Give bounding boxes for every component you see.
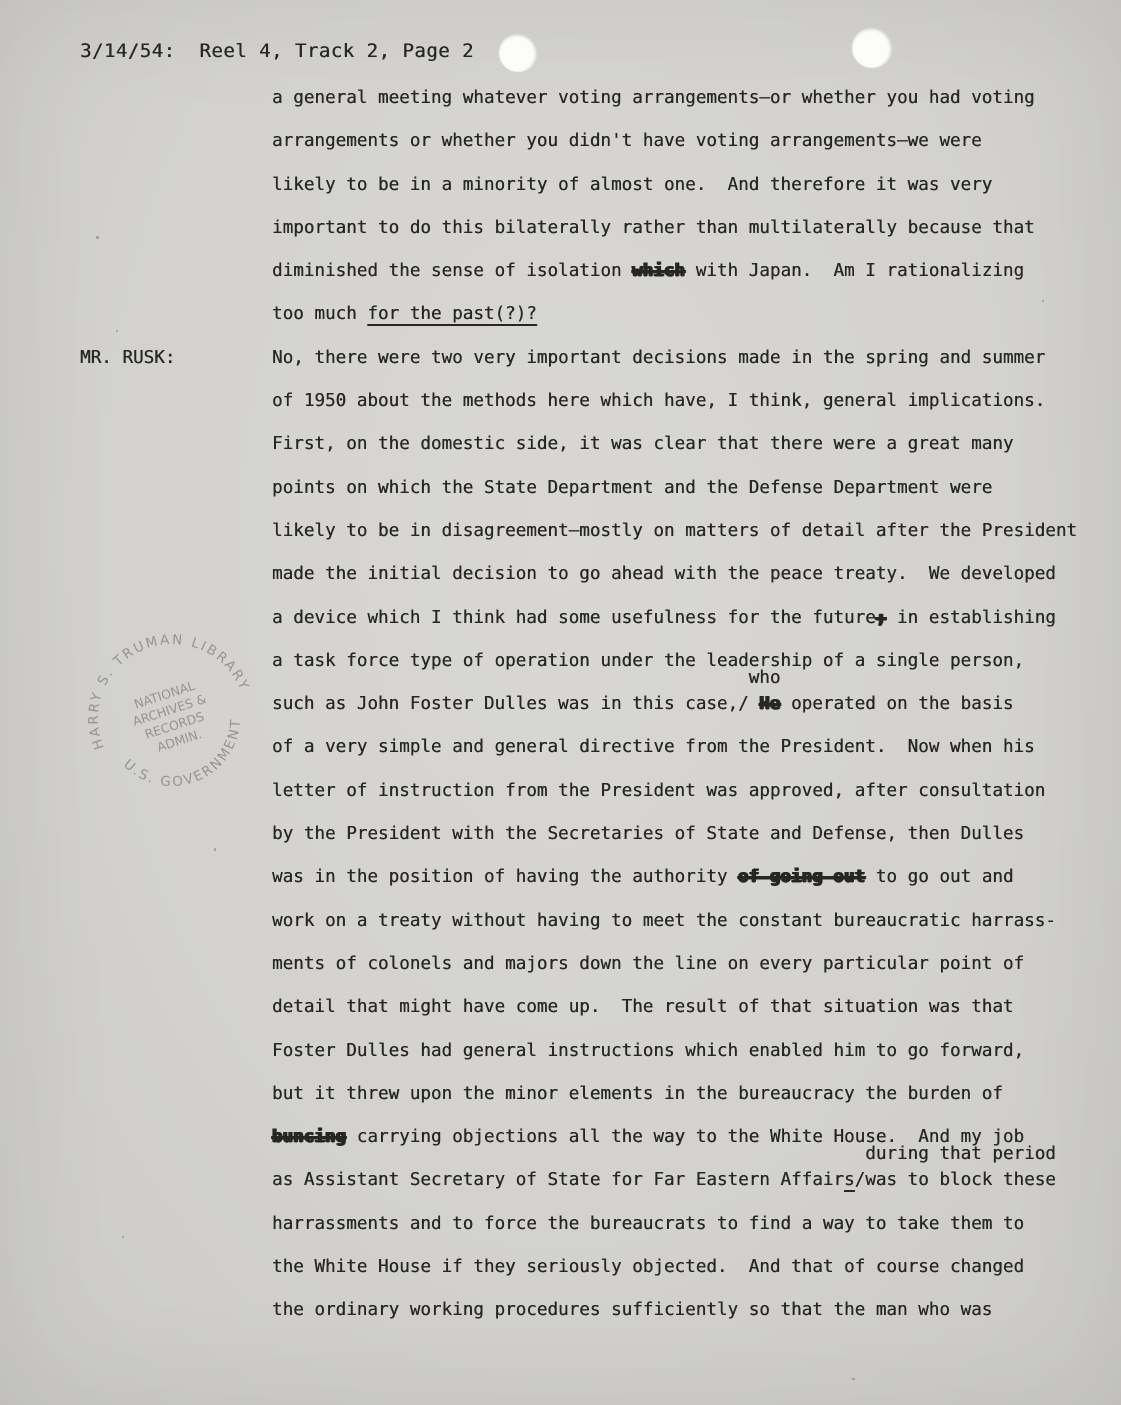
transcript-row: was in the position of having the author… [0,865,1121,908]
text-segment: No, there were two very important decisi… [272,348,1045,368]
text-segment: a general meeting whatever voting arrang… [272,88,1035,108]
transcript-row: MR. RUSK:No, there were two very importa… [0,346,1121,389]
text-segment: letter of instruction from the President… [272,781,1045,801]
paper-speck [122,1236,124,1238]
text-segment: points on which the State Department and… [272,478,992,498]
text-segment: was in the position of having the author… [272,867,738,887]
transcript-line: too much for the past(?)? [272,304,537,324]
text-segment: the ordinary working procedures sufficie… [272,1300,992,1320]
transcript-line: work on a treaty without having to meet … [272,911,1056,931]
paper-speck [214,848,216,851]
speaker-label: MR. RUSK: [80,348,175,368]
transcript-row: likely to be in a minority of almost one… [0,173,1121,216]
transcript-line: Foster Dulles had general instructions w… [272,1041,1024,1061]
text-segment: important to do this bilaterally rather … [272,218,1035,238]
transcript-row: Foster Dulles had general instructions w… [0,1039,1121,1082]
paper-speck [1042,300,1044,302]
transcript-line: No, there were two very important decisi… [272,348,1045,368]
struck-out-text: buncing [272,1127,346,1147]
text-segment: a device which I think had some usefulne… [272,608,876,628]
text-segment: with Japan. Am I rationalizing [685,261,1024,281]
transcript-line: a general meeting whatever voting arrang… [272,88,1035,108]
text-segment: such as John Foster Dulles was in this c… [272,694,749,714]
underlined-text: s [844,1170,855,1190]
text-segment: diminished the sense of isolation [272,261,632,281]
transcript-row: important to do this bilaterally rather … [0,216,1121,259]
transcript-line: of 1950 about the methods here which hav… [272,391,1045,411]
transcript-line: points on which the State Department and… [272,478,992,498]
transcript-row: the ordinary working procedures sufficie… [0,1298,1121,1341]
transcript-line: arrangements or whether you didn't have … [272,131,982,151]
text-segment: First, on the domestic side, it was clea… [272,434,1013,454]
transcript-line: ments of colonels and majors down the li… [272,954,1024,974]
transcript-line: important to do this bilaterally rather … [272,218,1035,238]
text-segment [749,694,760,714]
transcript-line: of a very simple and general directive f… [272,737,1035,757]
transcript-line: harrassments and to force the bureaucrat… [272,1214,1024,1234]
transcript-line: by the President with the Secretaries of… [272,824,1024,844]
paper-speck [116,330,118,332]
punch-hole-right [853,27,893,67]
text-segment: ments of colonels and majors down the li… [272,954,1024,974]
transcript-row: the White House if they seriously object… [0,1255,1121,1298]
text-segment: likely to be in disagreement—mostly on m… [272,521,1077,541]
struck-out-text: of going out [738,867,865,887]
struck-out-text: ; [876,608,887,628]
text-segment: harrassments and to force the bureaucrat… [272,1214,1024,1234]
text-segment: detail that might have come up. The resu… [272,997,1013,1017]
paper-speck [96,236,99,239]
text-segment: of a very simple and general directive f… [272,737,1035,757]
transcript-line: likely to be in disagreement—mostly on m… [272,521,1077,541]
punch-hole-left [500,33,538,71]
page-header: 3/14/54: Reel 4, Track 2, Page 2 [80,40,474,62]
transcript-line: diminished the sense of isolation which … [272,261,1024,281]
transcript-line: as Assistant Secretary of State for Far … [272,1170,1056,1190]
text-segment: by the President with the Secretaries of… [272,824,1024,844]
transcript-line: the ordinary working procedures sufficie… [272,1300,992,1320]
transcript-line: First, on the domestic side, it was clea… [272,434,1013,454]
text-segment: work on a treaty without having to meet … [272,911,1056,931]
struck-out-text: He [759,694,780,714]
transcript-row: ments of colonels and majors down the li… [0,952,1121,995]
inserted-word: who [749,668,781,688]
inserted-word: during that period [865,1144,1056,1164]
transcript-row: First, on the domestic side, it was clea… [0,432,1121,475]
text-segment: operated on the basis [780,694,1013,714]
text-segment: the White House if they seriously object… [272,1257,1024,1277]
transcript-row: as Assistant Secretary of State for Far … [0,1168,1121,1211]
transcript-row: of 1950 about the methods here which hav… [0,389,1121,432]
transcript-line: a task force type of operation under the… [272,651,1024,671]
text-segment: made the initial decision to go ahead wi… [272,564,1056,584]
text-segment: but it threw upon the minor elements in … [272,1084,1003,1104]
transcript-row: by the President with the Secretaries of… [0,822,1121,865]
text-segment: of 1950 about the methods here which hav… [272,391,1045,411]
transcript-line: but it threw upon the minor elements in … [272,1084,1003,1104]
text-segment: in establishing [886,608,1055,628]
paper-speck [852,1378,855,1380]
transcript-line: was in the position of having the author… [272,867,1013,887]
transcript-row: a general meeting whatever voting arrang… [0,86,1121,129]
transcript-line: made the initial decision to go ahead wi… [272,564,1056,584]
transcript-row: arrangements or whether you didn't have … [0,129,1121,172]
transcript-row: points on which the State Department and… [0,476,1121,519]
transcript-row: but it threw upon the minor elements in … [0,1082,1121,1125]
transcript-line: the White House if they seriously object… [272,1257,1024,1277]
transcript-row: made the initial decision to go ahead wi… [0,562,1121,605]
text-segment: was to block these [865,1170,1056,1190]
text-segment: too much [272,304,367,324]
text-segment: arrangements or whether you didn't have … [272,131,982,151]
text-segment: as Assistant Secretary of State for Far … [272,1170,844,1190]
transcript-line: such as John Foster Dulles was in this c… [272,694,1013,714]
text-segment: a task force type of operation under the… [272,651,1024,671]
transcript-row: likely to be in disagreement—mostly on m… [0,519,1121,562]
transcript-row: detail that might have come up. The resu… [0,995,1121,1038]
struck-out-text: which [632,261,685,281]
transcript-row: work on a treaty without having to meet … [0,909,1121,952]
transcript-line: letter of instruction from the President… [272,781,1045,801]
underlined-text: for the past(?)? [367,304,536,324]
text-segment: Foster Dulles had general instructions w… [272,1041,1024,1061]
text-segment: likely to be in a minority of almost one… [272,175,992,195]
transcript-line: a device which I think had some usefulne… [272,608,1056,628]
transcript-row: diminished the sense of isolation which … [0,259,1121,302]
transcript-row: too much for the past(?)? [0,302,1121,345]
text-segment: to go out and [865,867,1013,887]
transcript-line: likely to be in a minority of almost one… [272,175,992,195]
transcript-line: detail that might have come up. The resu… [272,997,1013,1017]
transcript-row: harrassments and to force the bureaucrat… [0,1212,1121,1255]
document-page: 3/14/54: Reel 4, Track 2, Page 2 a gener… [0,0,1121,1405]
text-segment: / [855,1170,866,1190]
